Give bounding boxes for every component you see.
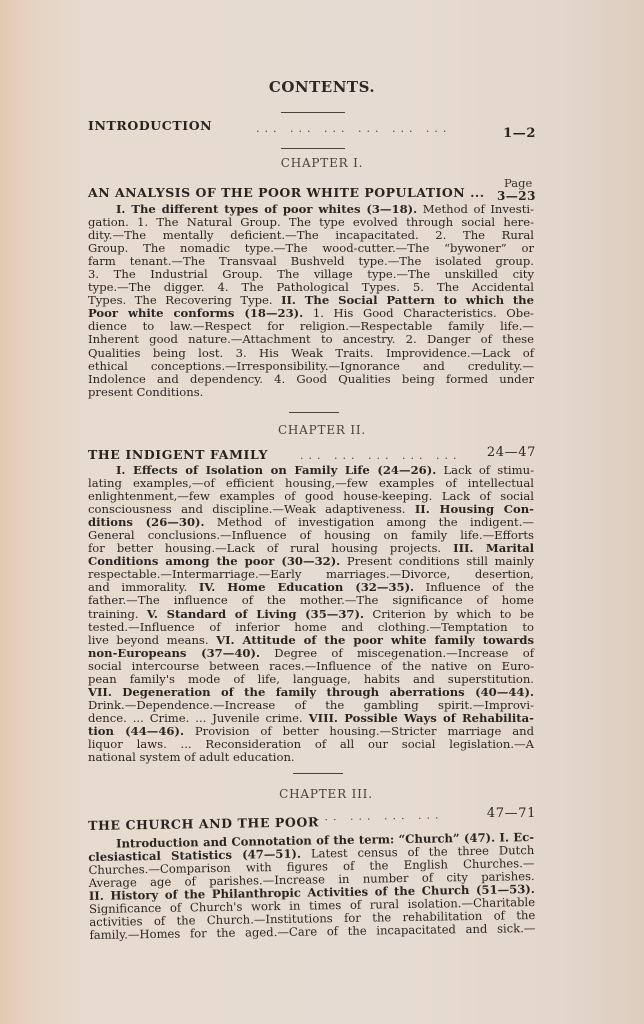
chapter-1-summary: I. The different types of poor whites (3… [88,203,534,399]
leader-dots: ... ... ... ... [316,808,444,823]
chapter-heading: CHAPTER II. [0,423,644,437]
divider [289,412,339,413]
chapter-heading: CHAPTER I. [0,156,644,170]
leader-dots: ... ... ... ... ... ... [256,122,451,135]
toc-entry-chapter-2: THE INDIGENT FAMILY ... ... ... ... ... … [88,447,536,462]
entry-title: INTRODUCTION [88,118,212,133]
chapter-heading: CHAPTER III. [4,787,644,801]
summary-line: Qualities being lost. 3. His Weak Traits… [88,347,534,360]
page-title: CONTENTS. [0,78,644,96]
toc-entry-introduction: INTRODUCTION ... ... ... ... ... ... 1—2 [88,118,536,133]
entry-pages: 1—2 [503,126,536,141]
leader-dots: ... ... ... ... ... [300,449,461,462]
entry-title: THE INDIGENT FAMILY [88,447,268,462]
summary-line: national system of adult education. [88,751,534,764]
book-page: CONTENTS. INTRODUCTION ... ... ... ... .… [0,0,644,1024]
divider [293,773,343,774]
entry-title: THE CHURCH AND THE POOR [88,814,319,833]
summary-line: present Conditions. [88,386,534,399]
summary-line: social intercourse between races.—Influe… [88,660,534,673]
entry-pages: 24—47 [487,445,536,460]
summary-line: training. V. Standard of Living (35—37).… [88,608,534,621]
chapter-2-summary: I. Effects of Isolation on Family Life (… [88,464,534,764]
toc-entry-chapter-3-title: THE CHURCH AND THE POOR ... ... ... ... [88,811,536,833]
summary-line: VII. Degeneration of the family through … [88,686,534,699]
divider [281,148,345,149]
chapter-3-summary: Introduction and Connotation of the term… [88,831,536,942]
summary-line: ethical conceptions.—Irresponsibility.—I… [88,360,534,373]
entry-title: AN ANALYSIS OF THE POOR WHITE POPULATION… [88,185,485,200]
summary-line: Indolence and dependency. 4. Good Qualit… [88,373,534,386]
entry-pages: 3—23 [497,189,536,203]
summary-line: Inherent good nature.—Attachment to ance… [88,333,534,346]
summary-line: non-Europeans (37—40). Degree of miscege… [88,647,534,660]
toc-entry-chapter-1: AN ANALYSIS OF THE POOR WHITE POPULATION… [88,185,536,200]
divider [281,112,345,113]
